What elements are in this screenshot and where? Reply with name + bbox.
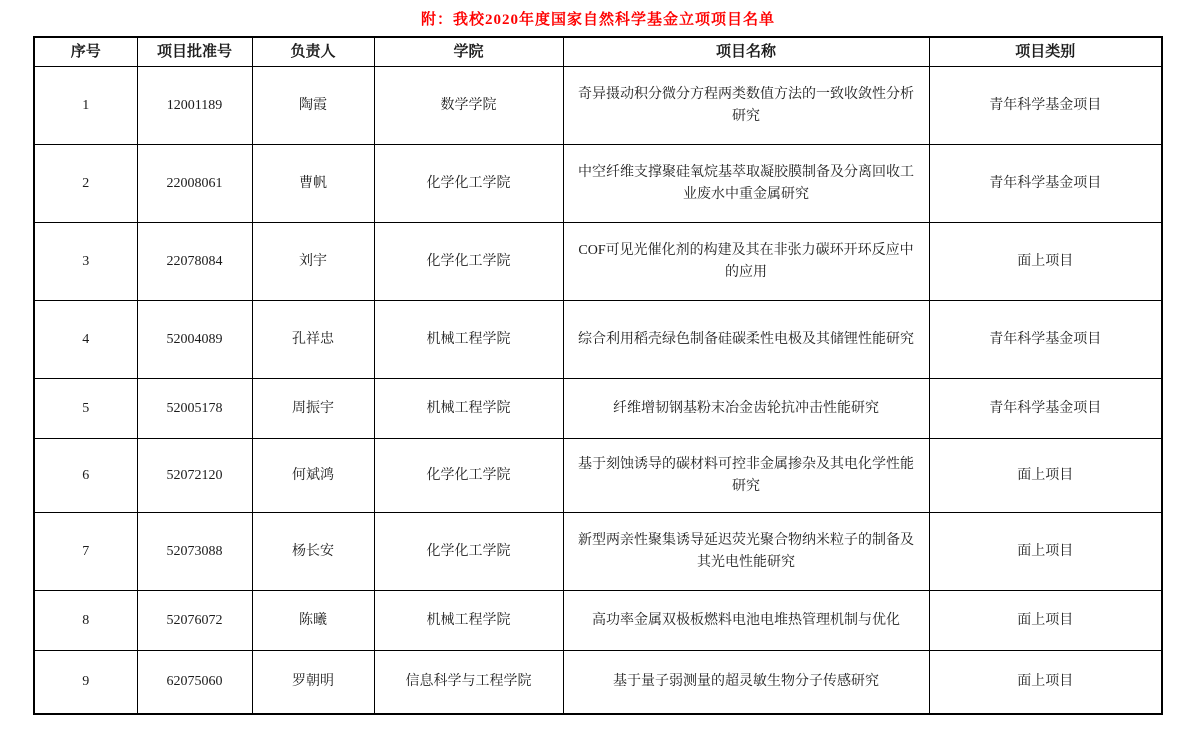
cell-seq: 6 bbox=[34, 439, 137, 513]
cell-project-category: 青年科学基金项目 bbox=[929, 67, 1162, 145]
cell-college: 化学化工学院 bbox=[374, 513, 563, 591]
cell-college: 化学化工学院 bbox=[374, 145, 563, 223]
cell-college: 机械工程学院 bbox=[374, 379, 563, 439]
cell-project-name: 新型两亲性聚集诱导延迟荧光聚合物纳米粒子的制备及其光电性能研究 bbox=[563, 513, 929, 591]
cell-grant-number: 52073088 bbox=[137, 513, 252, 591]
cell-grant-number: 12001189 bbox=[137, 67, 252, 145]
cell-seq: 7 bbox=[34, 513, 137, 591]
table-row: 552005178周振宇机械工程学院纤维增韧钢基粉末冶金齿轮抗冲击性能研究青年科… bbox=[34, 379, 1162, 439]
cell-college: 机械工程学院 bbox=[374, 591, 563, 651]
table-row: 652072120何斌鸿化学化工学院基于刻蚀诱导的碳材料可控非金属掺杂及其电化学… bbox=[34, 439, 1162, 513]
table-row: 752073088杨长安化学化工学院新型两亲性聚集诱导延迟荧光聚合物纳米粒子的制… bbox=[34, 513, 1162, 591]
cell-project-name: 基于刻蚀诱导的碳材料可控非金属掺杂及其电化学性能研究 bbox=[563, 439, 929, 513]
cell-seq: 1 bbox=[34, 67, 137, 145]
cell-college: 机械工程学院 bbox=[374, 301, 563, 379]
cell-college: 数学学院 bbox=[374, 67, 563, 145]
table-row: 222008061曹帆化学化工学院中空纤维支撑聚硅氧烷基萃取凝胶膜制备及分离回收… bbox=[34, 145, 1162, 223]
cell-project-name: 纤维增韧钢基粉末冶金齿轮抗冲击性能研究 bbox=[563, 379, 929, 439]
cell-pi: 罗朝明 bbox=[252, 651, 374, 714]
cell-project-category: 面上项目 bbox=[929, 651, 1162, 714]
cell-pi: 陈曦 bbox=[252, 591, 374, 651]
cell-project-category: 面上项目 bbox=[929, 223, 1162, 301]
cell-pi: 杨长安 bbox=[252, 513, 374, 591]
table-header-row: 序号项目批准号负责人学院项目名称项目类别 bbox=[34, 37, 1162, 67]
cell-seq: 2 bbox=[34, 145, 137, 223]
grant-project-table: 序号项目批准号负责人学院项目名称项目类别 112001189陶霞数学学院奇异摄动… bbox=[33, 36, 1163, 715]
cell-grant-number: 22008061 bbox=[137, 145, 252, 223]
table-row: 962075060罗朝明信息科学与工程学院基于量子弱测量的超灵敏生物分子传感研究… bbox=[34, 651, 1162, 714]
cell-pi: 孔祥忠 bbox=[252, 301, 374, 379]
cell-project-name: 高功率金属双极板燃料电池电堆热管理机制与优化 bbox=[563, 591, 929, 651]
cell-project-name: 中空纤维支撑聚硅氧烷基萃取凝胶膜制备及分离回收工业废水中重金属研究 bbox=[563, 145, 929, 223]
cell-seq: 5 bbox=[34, 379, 137, 439]
cell-project-name: 综合利用稻壳绿色制备硅碳柔性电极及其储锂性能研究 bbox=[563, 301, 929, 379]
header-seq: 序号 bbox=[34, 37, 137, 67]
cell-project-category: 青年科学基金项目 bbox=[929, 379, 1162, 439]
cell-project-name: 奇异摄动积分微分方程两类数值方法的一致收敛性分析研究 bbox=[563, 67, 929, 145]
cell-seq: 4 bbox=[34, 301, 137, 379]
cell-project-name: COF可见光催化剂的构建及其在非张力碳环开环反应中的应用 bbox=[563, 223, 929, 301]
cell-pi: 曹帆 bbox=[252, 145, 374, 223]
cell-seq: 9 bbox=[34, 651, 137, 714]
cell-college: 信息科学与工程学院 bbox=[374, 651, 563, 714]
cell-grant-number: 62075060 bbox=[137, 651, 252, 714]
cell-pi: 陶霞 bbox=[252, 67, 374, 145]
header-project-name: 项目名称 bbox=[563, 37, 929, 67]
table-row: 852076072陈曦机械工程学院高功率金属双极板燃料电池电堆热管理机制与优化面… bbox=[34, 591, 1162, 651]
header-pi: 负责人 bbox=[252, 37, 374, 67]
table-row: 112001189陶霞数学学院奇异摄动积分微分方程两类数值方法的一致收敛性分析研… bbox=[34, 67, 1162, 145]
header-college: 学院 bbox=[374, 37, 563, 67]
cell-college: 化学化工学院 bbox=[374, 439, 563, 513]
cell-project-category: 青年科学基金项目 bbox=[929, 301, 1162, 379]
cell-grant-number: 52005178 bbox=[137, 379, 252, 439]
cell-project-category: 面上项目 bbox=[929, 591, 1162, 651]
table-row: 452004089孔祥忠机械工程学院综合利用稻壳绿色制备硅碳柔性电极及其储锂性能… bbox=[34, 301, 1162, 379]
cell-grant-number: 22078084 bbox=[137, 223, 252, 301]
header-project-category: 项目类别 bbox=[929, 37, 1162, 67]
cell-project-category: 面上项目 bbox=[929, 439, 1162, 513]
cell-pi: 何斌鸿 bbox=[252, 439, 374, 513]
table-body: 112001189陶霞数学学院奇异摄动积分微分方程两类数值方法的一致收敛性分析研… bbox=[34, 67, 1162, 714]
cell-grant-number: 52004089 bbox=[137, 301, 252, 379]
page-title: 附：我校2020年度国家自然科学基金立项项目名单 bbox=[0, 8, 1196, 29]
cell-project-category: 青年科学基金项目 bbox=[929, 145, 1162, 223]
cell-grant-number: 52076072 bbox=[137, 591, 252, 651]
table-row: 322078084刘宇化学化工学院COF可见光催化剂的构建及其在非张力碳环开环反… bbox=[34, 223, 1162, 301]
cell-pi: 周振宇 bbox=[252, 379, 374, 439]
header-grant-number: 项目批准号 bbox=[137, 37, 252, 67]
cell-seq: 3 bbox=[34, 223, 137, 301]
cell-seq: 8 bbox=[34, 591, 137, 651]
cell-project-name: 基于量子弱测量的超灵敏生物分子传感研究 bbox=[563, 651, 929, 714]
cell-grant-number: 52072120 bbox=[137, 439, 252, 513]
cell-project-category: 面上项目 bbox=[929, 513, 1162, 591]
cell-college: 化学化工学院 bbox=[374, 223, 563, 301]
cell-pi: 刘宇 bbox=[252, 223, 374, 301]
